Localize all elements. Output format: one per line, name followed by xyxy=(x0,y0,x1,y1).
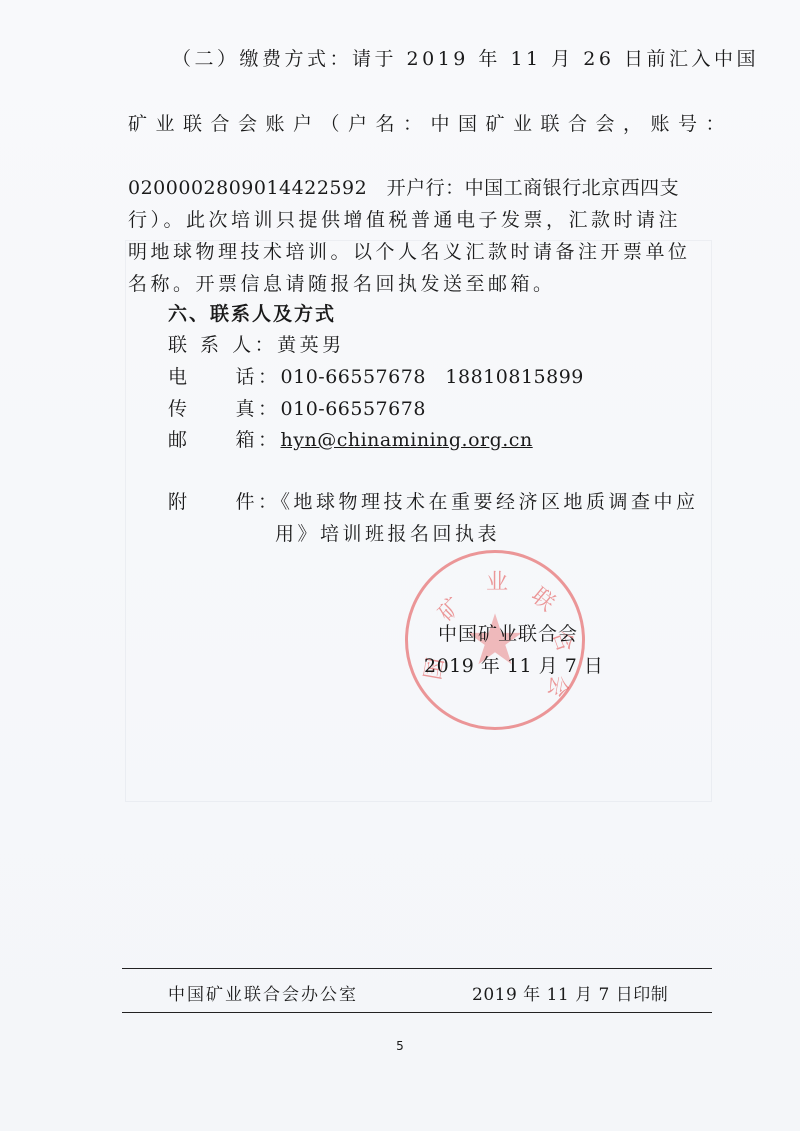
contact-phone-label: 电 话： xyxy=(168,366,281,388)
payment-line-4: 行）。此次培训只提供增值税普通电子发票，汇款时请注 xyxy=(128,206,681,234)
contact-phone-value: 010-66557678 18810815899 xyxy=(281,366,584,388)
contact-email-row: 邮 箱：hyn@chinamining.org.cn xyxy=(168,426,533,454)
footer-print-date: 2019 年 11 月 7 日印制 xyxy=(472,980,668,1005)
attachment-label: 附 件： xyxy=(168,491,281,513)
attachment-row: 附 件：《地球物理技术在重要经济区地质调查中应 xyxy=(168,488,699,516)
contact-email-label: 邮 箱： xyxy=(168,429,281,451)
contact-person-value: 黄英男 xyxy=(277,334,345,356)
contact-phone-row: 电 话：010-66557678 18810815899 xyxy=(168,363,584,391)
contact-person-label: 联 系 人： xyxy=(168,334,277,356)
footer-bottom-rule xyxy=(122,1012,712,1013)
footer-issuer: 中国矿业联合会办公室 xyxy=(168,980,358,1005)
footer-top-rule xyxy=(122,968,712,969)
payment-line-5: 明地球物理技术培训。以个人名义汇款时请备注开票单位 xyxy=(128,238,691,266)
contact-heading: 六、联系人及方式 xyxy=(168,300,336,328)
payment-line-1: （二）缴费方式：请于 2019 年 11 月 26 日前汇入中国 xyxy=(172,45,759,73)
document-page: （二）缴费方式：请于 2019 年 11 月 26 日前汇入中国 矿业联合会账户… xyxy=(0,0,800,1131)
payment-line-3: 0200002809014422592 开户行：中国工商银行北京西四支 xyxy=(128,174,679,202)
contact-fax-value: 010-66557678 xyxy=(281,398,426,420)
signature-date: 2019 年 11 月 7 日 xyxy=(424,652,603,680)
payment-line-6: 名称。开票信息请随报名回执发送至邮箱。 xyxy=(128,270,556,298)
contact-fax-label: 传 真： xyxy=(168,398,281,420)
contact-person-row: 联 系 人：黄英男 xyxy=(168,331,345,359)
contact-fax-row: 传 真：010-66557678 xyxy=(168,395,426,423)
attachment-line-1: 《地球物理技术在重要经济区地质调查中应 xyxy=(281,491,699,513)
signature-org: 中国矿业联合会 xyxy=(438,620,578,648)
page-number: 5 xyxy=(0,1039,800,1053)
attachment-line-2: 用》培训班报名回执表 xyxy=(275,520,500,548)
contact-email-link[interactable]: hyn@chinamining.org.cn xyxy=(281,429,533,451)
payment-line-2: 矿业联合会账户（户名：中国矿业联合会，账号： xyxy=(128,110,733,138)
